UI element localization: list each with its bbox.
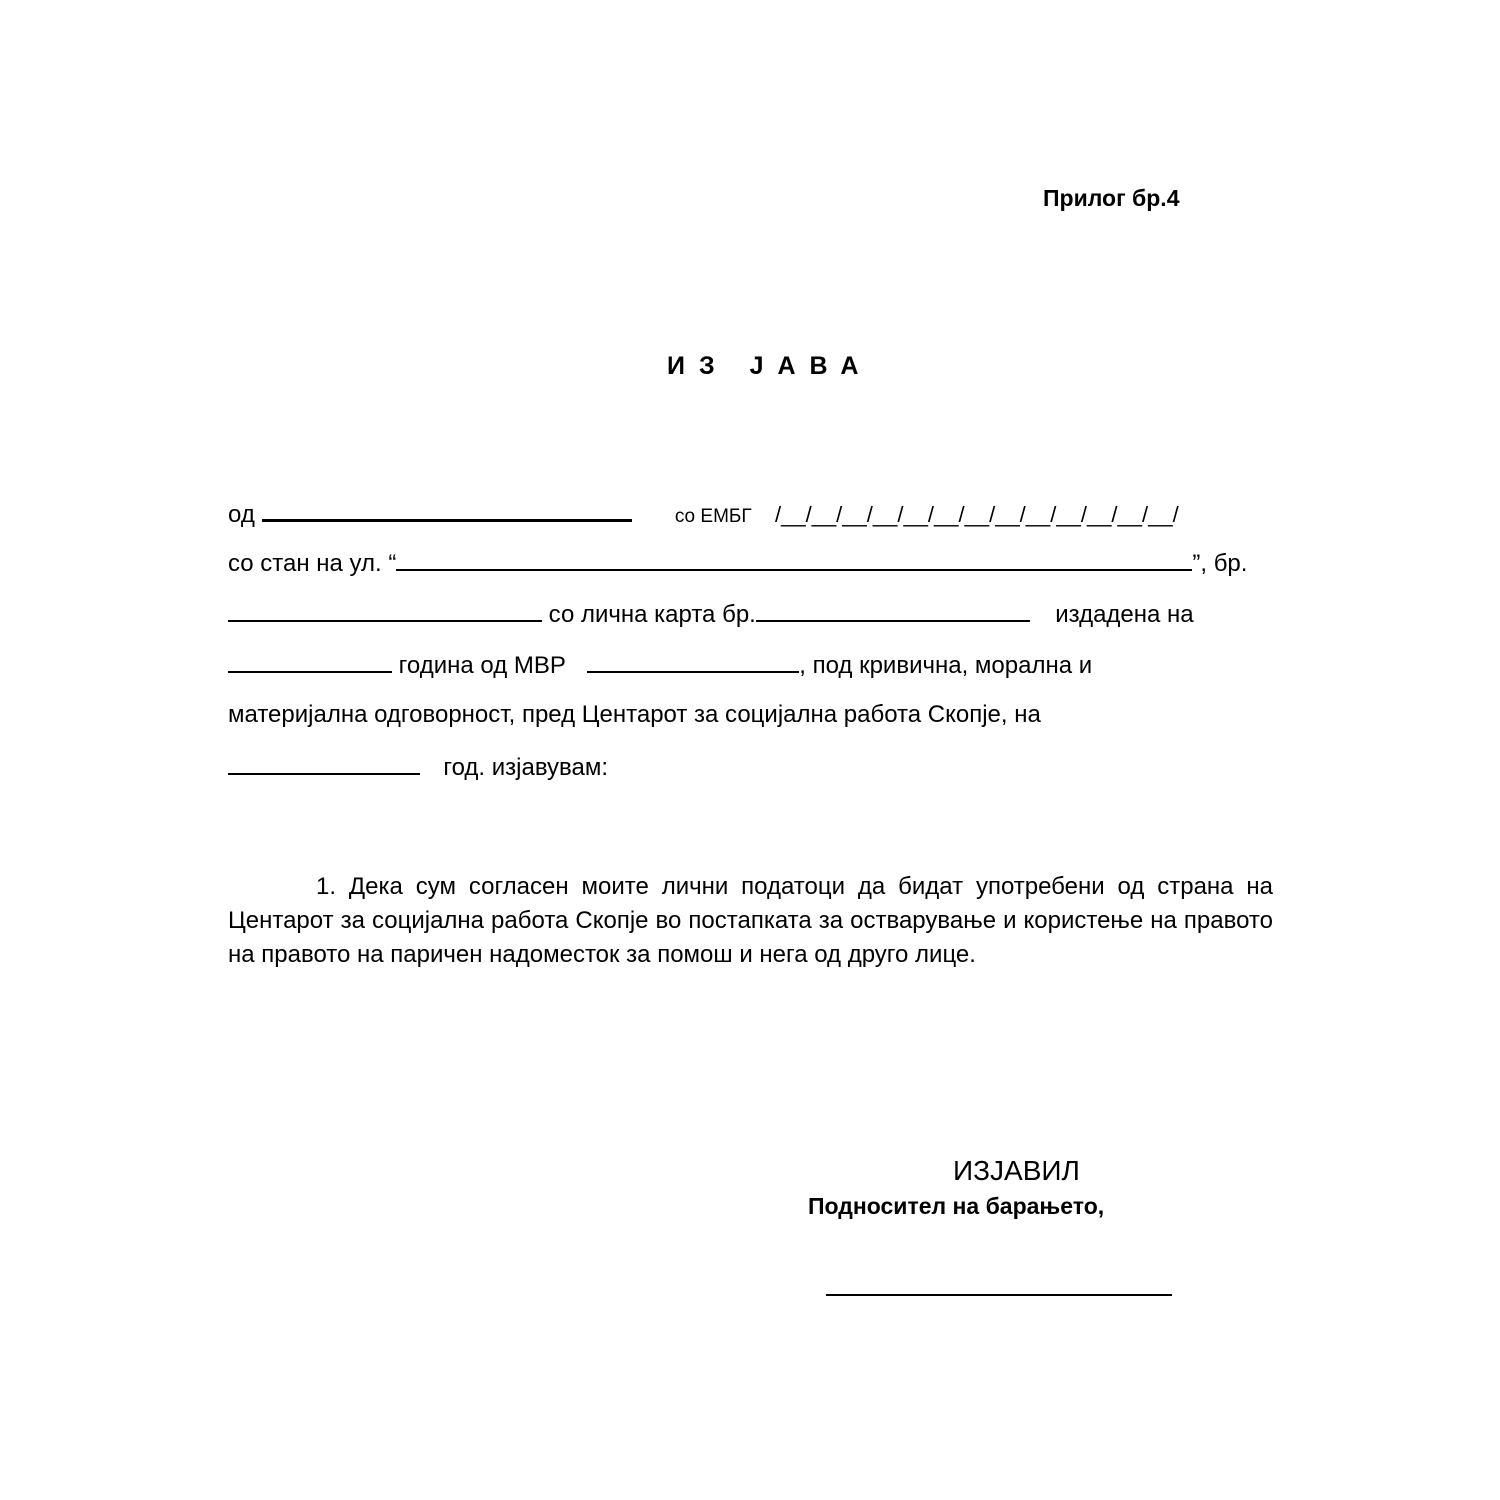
consent-paragraph: 1. Дека сум согласен моите лични податоц…: [228, 870, 1273, 972]
street-field[interactable]: [396, 547, 1192, 571]
address-number-label: ”, бр.: [1192, 550, 1247, 577]
liability-text: , под кривична, морална и: [799, 652, 1092, 679]
declare-date-field[interactable]: [228, 751, 420, 775]
embg-field[interactable]: /__/__/__/__/__/__/__/__/__/__/__/__/__/: [775, 502, 1179, 527]
issue-date-field[interactable]: [228, 649, 392, 673]
form-line-id-card: со лична карта бр. издадена на: [228, 598, 1194, 630]
document-title: ИЗ ЈАВА: [667, 352, 872, 381]
annex-label: Прилог бр.4: [1043, 185, 1179, 212]
address-label: со стан на ул. “: [228, 550, 396, 577]
declared-label: ИЗЈАВИЛ: [953, 1155, 1080, 1187]
form-line-address: со стан на ул. “”, бр.: [228, 547, 1247, 579]
embg-label: со ЕМБГ: [675, 506, 752, 527]
year-mvr-label: година од МВР: [399, 652, 566, 679]
applicant-label: Подносител на барањето,: [808, 1193, 1104, 1220]
mvr-field[interactable]: [587, 649, 799, 673]
form-line-issue: година од МВР , под кривична, морална и: [228, 649, 1092, 681]
responsibility-line: материјална одговорност, пред Центарот з…: [228, 700, 1041, 730]
form-line-declare: год. изјавувам:: [228, 751, 608, 783]
year-declare-label: год. изјавувам:: [443, 754, 608, 781]
id-card-field[interactable]: [756, 598, 1030, 622]
signature-field[interactable]: [826, 1272, 1172, 1296]
issued-on-label: издадена на: [1055, 601, 1193, 628]
house-number-field[interactable]: [228, 598, 542, 622]
name-field[interactable]: [262, 497, 632, 522]
from-label: од: [228, 501, 255, 528]
form-line-name: од со ЕМБГ /__/__/__/__/__/__/__/__/__/_…: [228, 497, 1179, 532]
id-card-label: со лична карта бр.: [549, 601, 756, 628]
